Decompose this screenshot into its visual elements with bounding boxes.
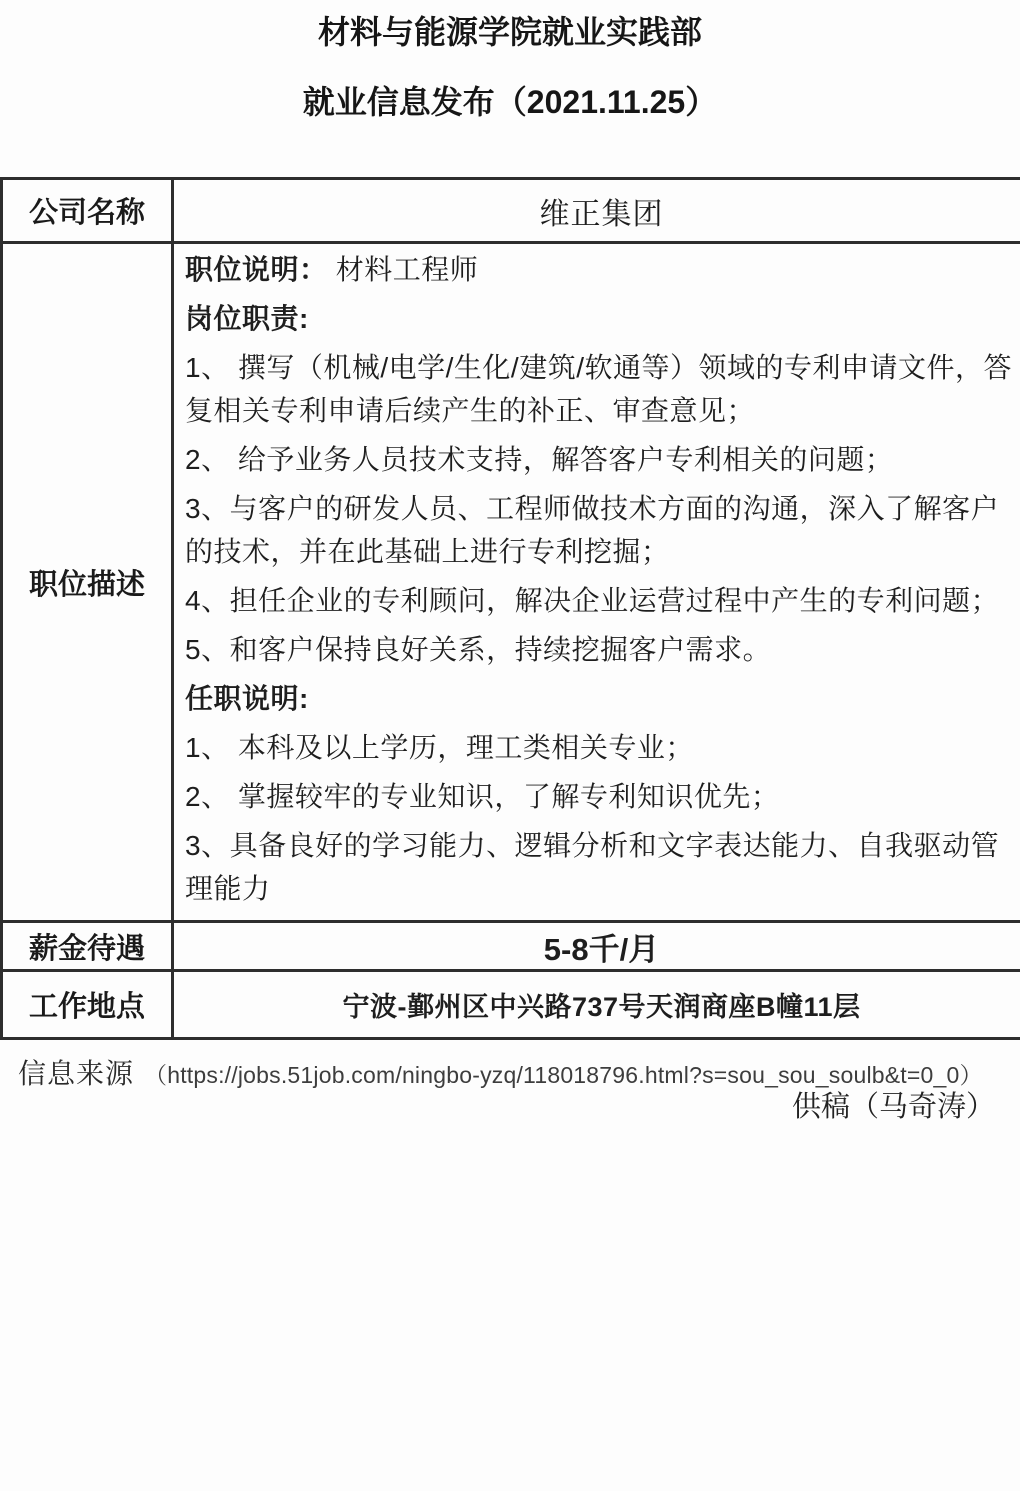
source-url: （https://jobs.51job.com/ningbo-yzq/11801… — [144, 1057, 983, 1093]
page-subtitle: 就业信息发布（2021.11.25） — [0, 84, 1020, 120]
description-line: 职位说明： 材料工程师 — [185, 248, 1020, 291]
description-line: 4、担任企业的专利顾问，解决企业运营过程中产生的专利问题； — [185, 579, 1020, 622]
description-line: 2、 给予业务人员技术支持，解答客户专利相关的问题； — [185, 438, 1020, 481]
source-label: 信息来源 — [18, 1056, 134, 1092]
description-line: 3、具备良好的学习能力、逻辑分析和文字表达能力、自我驱动管 — [185, 824, 1020, 867]
description-line: 2、 掌握较牢的专业知识，了解专利知识优先； — [185, 775, 1020, 818]
table-row-salary: 薪金待遇 5-8千/月 — [3, 923, 1020, 972]
work-location-value: 宁波-鄞州区中兴路737号天润商座B幢11层 — [174, 972, 1020, 1037]
contributor-credit: 供稿（马奇涛） — [0, 1089, 1020, 1125]
description-line: 5、和客户保持良好关系，持续挖掘客户需求。 — [185, 628, 1020, 671]
job-info-table: 公司名称 维正集团 职位描述 职位说明： 材料工程师岗位职责:1、 撰写（机械/… — [0, 177, 1020, 1040]
description-line: 3、与客户的研发人员、工程师做技术方面的沟通，深入了解客户 — [185, 487, 1020, 530]
description-line: 复相关专利申请后续产生的补正、审查意见； — [185, 389, 1020, 432]
table-row-job-description: 职位描述 职位说明： 材料工程师岗位职责:1、 撰写（机械/电学/生化/建筑/软… — [3, 244, 1020, 923]
row-label-company-name: 公司名称 — [3, 180, 174, 241]
description-line: 理能力 — [185, 867, 1020, 910]
info-source-line: 信息来源 （https://jobs.51job.com/ningbo-yzq/… — [0, 1056, 1020, 1093]
row-label-job-description: 职位描述 — [3, 244, 174, 920]
document-page: 材料与能源学院就业实践部 就业信息发布（2021.11.25） 公司名称 维正集… — [0, 0, 1020, 1125]
table-row-company: 公司名称 维正集团 — [3, 180, 1020, 244]
company-name-value: 维正集团 — [174, 180, 1020, 241]
description-line: 1、 撰写（机械/电学/生化/建筑/软通等）领域的专利申请文件，答 — [185, 346, 1020, 389]
page-title: 材料与能源学院就业实践部 — [0, 0, 1020, 50]
description-line: 的技术，并在此基础上进行专利挖掘； — [185, 530, 1020, 573]
salary-value: 5-8千/月 — [174, 923, 1020, 969]
job-description-content: 职位说明： 材料工程师岗位职责:1、 撰写（机械/电学/生化/建筑/软通等）领域… — [174, 244, 1020, 920]
row-label-salary: 薪金待遇 — [3, 923, 174, 969]
description-line: 1、 本科及以上学历，理工类相关专业； — [185, 726, 1020, 769]
row-label-work-location: 工作地点 — [3, 972, 174, 1037]
description-line: 岗位职责: — [185, 297, 1020, 340]
description-line: 任职说明: — [185, 677, 1020, 720]
table-row-work-location: 工作地点 宁波-鄞州区中兴路737号天润商座B幢11层 — [3, 972, 1020, 1040]
